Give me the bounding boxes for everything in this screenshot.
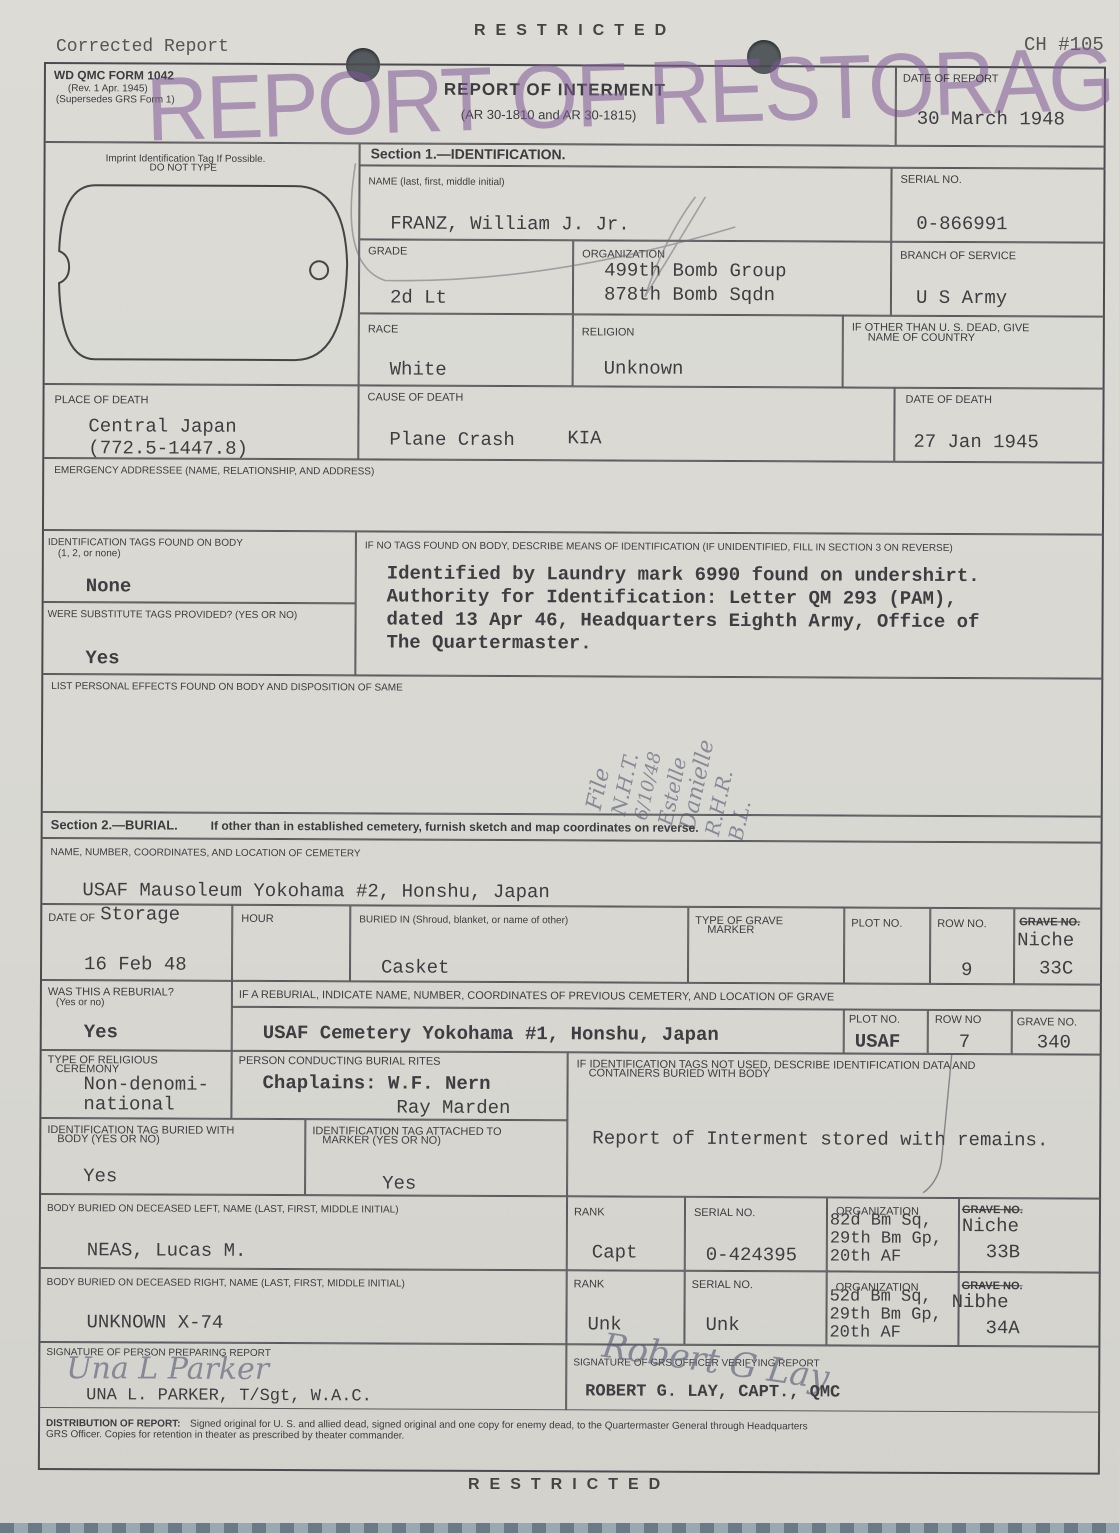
identification-means-line: The Quartermaster. bbox=[386, 631, 591, 654]
left-serial: 0-424395 bbox=[706, 1244, 797, 1266]
tag-buried-cell: IDENTIFICATION TAG BURIED WITH BODY (Yes… bbox=[41, 1118, 305, 1195]
storage-date: 16 Feb 48 bbox=[84, 953, 187, 975]
organization-cell: ORGANIZATION 499th Bomb Group 878th Bomb… bbox=[573, 240, 891, 315]
form-regulations: (AR 30-1810 and AR 30-1815) bbox=[461, 109, 637, 121]
left-body-name-cell: BODY BURIED ON DECEASED LEFT, NAME (Last… bbox=[41, 1194, 567, 1270]
substitute-tags-cell: WERE SUBSTITUTE TAGS PROVIDED? (Yes or n… bbox=[43, 602, 355, 675]
grade-label: GRADE bbox=[368, 246, 407, 257]
substitute-tags-label: WERE SUBSTITUTE TAGS PROVIDED? (Yes or n… bbox=[48, 609, 298, 621]
tag-marker-cell: IDENTIFICATION TAG ATTACHED TO MARKER (Y… bbox=[305, 1119, 567, 1196]
previous-grave-label: GRAVE NO. bbox=[1017, 1017, 1077, 1028]
form-title: REPORT OF INTERMENT bbox=[444, 84, 666, 96]
personal-effects-label: LIST PERSONAL EFFECTS FOUND ON BODY AND … bbox=[51, 681, 403, 694]
grave: 33C bbox=[1039, 957, 1073, 979]
storage-date-label-overtyped: Storage bbox=[100, 903, 180, 925]
place-of-death-label: PLACE OF DEATH bbox=[54, 395, 148, 406]
tags-found: None bbox=[86, 575, 132, 597]
date-of-report: 30 March 1948 bbox=[917, 108, 1065, 131]
storage-date-label: DATE OF bbox=[48, 913, 95, 924]
cause-of-death-label: CAUSE OF DEATH bbox=[368, 392, 464, 403]
right-grave-line2: 34A bbox=[985, 1317, 1019, 1339]
row-cell: ROW NO. 9 bbox=[930, 908, 1014, 984]
date-of-report-label: DATE OF REPORT bbox=[903, 74, 999, 85]
tag-imprint-cell: Imprint Identification Tag If Possible. … bbox=[45, 142, 360, 385]
scanner-edge bbox=[0, 1523, 1119, 1533]
form-revision: (Rev. 1 Apr. 1945) bbox=[68, 83, 148, 94]
case-number: CH #105 bbox=[1024, 34, 1104, 56]
interment-form: WD QMC FORM 1042 (Rev. 1 Apr. 1945) (Sup… bbox=[38, 62, 1106, 1475]
substitute-tags: Yes bbox=[85, 647, 119, 669]
plot-cell: PLOT NO. bbox=[844, 908, 930, 984]
tags-found-label-1: IDENTIFICATION TAGS FOUND ON BODY bbox=[48, 537, 243, 549]
emergency-addressee-cell: EMERGENCY ADDRESSEE (Name, relationship,… bbox=[44, 458, 1104, 535]
left-grave-line1: Niche bbox=[962, 1215, 1019, 1237]
place-of-death-cell: PLACE OF DEATH Central Japan (772.5-1447… bbox=[44, 384, 358, 459]
distribution-text-2: GRS Officer. Copies for retention in the… bbox=[46, 1429, 404, 1442]
race-label: RACE bbox=[368, 324, 399, 335]
section2-title: Section 2.—BURIAL. bbox=[51, 819, 178, 831]
storage-date-cell: DATE OF Storage 16 Feb 48 bbox=[42, 904, 232, 981]
previous-grave: 340 bbox=[1037, 1031, 1071, 1053]
cause-note-kia: KIA bbox=[567, 427, 601, 449]
identification-means-label: IF NO TAGS FOUND ON BODY, DESCRIBE MEANS… bbox=[365, 540, 953, 554]
previous-plot-cell: PLOT NO. USAF bbox=[844, 1009, 928, 1053]
plot-label: PLOT NO. bbox=[851, 919, 902, 930]
tags-found-cell: IDENTIFICATION TAGS FOUND ON BODY (1, 2,… bbox=[44, 530, 356, 603]
country-label-2: NAME OF COUNTRY bbox=[868, 333, 975, 344]
tag-imprint-sublabel: DO NOT TYPE bbox=[150, 162, 217, 173]
reburial-label-2: (Yes or no) bbox=[56, 997, 105, 1008]
religion-label: RELIGION bbox=[582, 327, 635, 338]
left-organization-cell: ORGANIZATION 82d Bm Sq, 29th Bm Gp, 20th… bbox=[827, 1197, 959, 1272]
reburial-cell: WAS THIS A REBURIAL? (Yes or no) Yes bbox=[42, 980, 232, 1051]
left-organization-line: 29th Bm Gp, bbox=[830, 1230, 942, 1248]
right-body-name-cell: BODY BURIED ON DECEASED RIGHT, NAME (Las… bbox=[40, 1268, 566, 1344]
tag-buried-label-2: BODY (Yes or no) bbox=[57, 1134, 160, 1145]
grade-cell: GRADE 2d Lt bbox=[359, 239, 573, 314]
reburial: Yes bbox=[84, 1021, 118, 1043]
left-serial-cell: SERIAL NO. 0-424395 bbox=[685, 1197, 827, 1272]
right-organization-line: 52d Bm Sq, bbox=[830, 1288, 932, 1306]
left-organization-line: 82d Bm Sq, bbox=[830, 1212, 932, 1230]
identification-means-cell: IF NO TAGS FOUND ON BODY, DESCRIBE MEANS… bbox=[355, 531, 1104, 678]
branch-of-service: U S Army bbox=[916, 287, 1007, 309]
left-rank-cell: RANK Capt bbox=[567, 1196, 685, 1271]
date-of-death-label: DATE OF DEATH bbox=[906, 395, 992, 406]
left-grave-cell: GRAVE NO. Niche 33B bbox=[959, 1198, 1101, 1273]
cemetery-label: NAME, NUMBER, COORDINATES, AND LOCATION … bbox=[51, 847, 361, 859]
ceremony-cell: TYPE OF RELIGIOUS CEREMONY Non-denomi- n… bbox=[41, 1050, 231, 1119]
identification-means-line: Authority for Identification: Letter QM … bbox=[387, 586, 957, 610]
cause-of-death: Plane Crash bbox=[389, 429, 515, 452]
country-cell: IF OTHER THAN U. S. DEAD, GIVE NAME OF C… bbox=[843, 315, 1105, 388]
form-id: WD QMC FORM 1042 bbox=[54, 70, 174, 82]
organization-line1: 499th Bomb Group bbox=[604, 259, 787, 282]
form-supersedes: (Supersedes GRS Form 1) bbox=[56, 94, 175, 106]
emergency-addressee-label: EMERGENCY ADDRESSEE (Name, relationship,… bbox=[54, 465, 374, 477]
previous-row-cell: ROW NO 7 bbox=[928, 1010, 1012, 1054]
identification-means-line: dated 13 Apr 46, Headquarters Eighth Arm… bbox=[387, 609, 980, 634]
left-grave-line2: 33B bbox=[986, 1241, 1020, 1263]
right-organization-line: 29th Bm Gp, bbox=[829, 1306, 941, 1324]
corrected-note: Corrected Report bbox=[56, 37, 229, 57]
form-header: WD QMC FORM 1042 (Rev. 1 Apr. 1945) (Sup… bbox=[46, 64, 896, 146]
grave-marker-label-2: MARKER bbox=[707, 925, 754, 936]
grave-label-struck: GRAVE NO. bbox=[1019, 917, 1080, 928]
previous-plot: USAF bbox=[855, 1031, 901, 1053]
previous-cemetery-cell: USAF Cemetery Yokohama #1, Honshu, Japan bbox=[232, 1007, 844, 1054]
section1-title: Section 1.—IDENTIFICATION. bbox=[371, 148, 566, 160]
ceremony-line2: national bbox=[83, 1093, 174, 1115]
deceased-name: FRANZ, William J. Jr. bbox=[390, 213, 630, 236]
classification-header: RESTRICTED bbox=[474, 22, 676, 40]
previous-row: 7 bbox=[959, 1031, 971, 1053]
left-serial-label: SERIAL NO. bbox=[694, 1208, 755, 1219]
grave-cell: GRAVE NO. Niche 33C bbox=[1014, 908, 1102, 984]
right-organization-line: 20th AF bbox=[829, 1324, 900, 1342]
race: White bbox=[390, 359, 447, 381]
burial-rites-cell: PERSON CONDUCTING BURIAL RITES Chaplains… bbox=[231, 1051, 567, 1120]
previous-row-label: ROW NO bbox=[935, 1015, 982, 1026]
right-rank-label: RANK bbox=[574, 1279, 605, 1290]
place-of-death-line1: Central Japan bbox=[88, 415, 236, 438]
branch-cell: BRANCH OF SERVICE U S Army bbox=[891, 242, 1105, 317]
row: 9 bbox=[961, 959, 973, 981]
religion-cell: RELIGION Unknown bbox=[573, 314, 843, 387]
identification-data-cell: IF IDENTIFICATION TAGS NOT USED, DESCRIB… bbox=[567, 1052, 1102, 1198]
serial-label: SERIAL NO. bbox=[900, 175, 961, 186]
name-label: NAME (last, first, middle initial) bbox=[368, 176, 504, 188]
cemetery-cell: NAME, NUMBER, COORDINATES, AND LOCATION … bbox=[42, 838, 1102, 909]
name-cell: NAME (last, first, middle initial) FRANZ… bbox=[359, 165, 891, 241]
grade: 2d Lt bbox=[390, 287, 447, 309]
personal-effects-cell: LIST PERSONAL EFFECTS FOUND ON BODY AND … bbox=[43, 674, 1104, 817]
dog-tag-outline-icon bbox=[55, 183, 356, 364]
officer-name: ROBERT G. LAY, CAPT., QMC bbox=[585, 1381, 840, 1404]
left-body-name: NEAS, Lucas M. bbox=[87, 1239, 247, 1262]
identification-means-line: Identified by Laundry mark 6990 found on… bbox=[387, 563, 980, 588]
row-label: ROW NO. bbox=[937, 919, 987, 930]
previous-plot-label: PLOT NO. bbox=[849, 1015, 900, 1026]
document-page: RESTRICTED Corrected Report CH #105 WD Q… bbox=[0, 0, 1119, 1533]
preparer-name: UNA L. PARKER, T/Sgt, W.A.C. bbox=[86, 1385, 372, 1408]
date-of-death: 27 Jan 1945 bbox=[913, 431, 1039, 454]
tag-marker: Yes bbox=[382, 1172, 416, 1194]
preparer-signature: Una L Parker bbox=[66, 1351, 269, 1387]
serial-number: 0-866991 bbox=[916, 213, 1007, 235]
right-body-name: UNKNOWN X-74 bbox=[86, 1311, 223, 1334]
left-body-label: BODY BURIED ON DECEASED LEFT, NAME (Last… bbox=[47, 1203, 399, 1216]
section1-header: Section 1.—IDENTIFICATION. bbox=[360, 143, 1106, 168]
tag-buried: Yes bbox=[83, 1165, 117, 1187]
previous-cemetery-label-cell: IF A REBURIAL, INDICATE NAME, NUMBER, CO… bbox=[232, 981, 1102, 1011]
previous-cemetery: USAF Cemetery Yokohama #1, Honshu, Japan bbox=[263, 1022, 719, 1046]
previous-grave-cell: GRAVE NO. 340 bbox=[1012, 1010, 1102, 1054]
tag-marker-label-2: MARKER (Yes or no) bbox=[322, 1135, 441, 1147]
right-grave-cell: GRAVE NO. Nibhe 34A bbox=[958, 1272, 1100, 1347]
grave-label-typed: Niche bbox=[1017, 929, 1074, 951]
right-grave-line1: Nibhe bbox=[952, 1291, 1009, 1313]
burial-rites-line1: Chaplains: W.F. Nern bbox=[262, 1072, 490, 1095]
hour-cell: HOUR bbox=[232, 905, 350, 982]
tags-found-label-2: (1, 2, or none) bbox=[58, 548, 121, 559]
cemetery: USAF Mausoleum Yokohama #2, Honshu, Japa… bbox=[82, 879, 550, 903]
previous-cemetery-label: IF A REBURIAL, INDICATE NAME, NUMBER, CO… bbox=[239, 990, 834, 1004]
grave-marker-cell: TYPE OF GRAVE MARKER bbox=[688, 907, 844, 984]
organization-line2: 878th Bomb Sqdn bbox=[604, 283, 775, 306]
identification-data: Report of Interment stored with remains. bbox=[592, 1127, 1048, 1151]
left-rank: Capt bbox=[592, 1241, 638, 1263]
right-organization-cell: ORGANIZATION 52d Bm Sq, 29th Bm Gp, 20th… bbox=[826, 1271, 958, 1346]
right-body-label: BODY BURIED ON DECEASED RIGHT, NAME (Las… bbox=[47, 1277, 405, 1290]
left-rank-label: RANK bbox=[574, 1207, 605, 1218]
buried-in-label: BURIED IN (Shroud, blanket, or name of o… bbox=[359, 914, 568, 926]
distribution-label: DISTRIBUTION OF REPORT: bbox=[46, 1418, 180, 1430]
right-serial: Unk bbox=[705, 1314, 739, 1336]
section2-instruction: If other than in established cemetery, f… bbox=[211, 821, 699, 834]
serial-cell: SERIAL NO. 0-866991 bbox=[891, 168, 1105, 243]
buried-in: Casket bbox=[381, 956, 450, 978]
burial-rites-line2: Ray Marden bbox=[396, 1097, 510, 1119]
religion: Unknown bbox=[604, 357, 684, 379]
right-serial-label: SERIAL NO. bbox=[692, 1280, 753, 1291]
distribution-cell: DISTRIBUTION OF REPORT: Signed original … bbox=[40, 1408, 1100, 1475]
right-serial-cell: SERIAL NO. Unk bbox=[684, 1271, 826, 1346]
cause-of-death-cell: CAUSE OF DEATH Plane Crash KIA bbox=[358, 385, 894, 461]
place-of-death-line2: (772.5-1447.8) bbox=[88, 437, 248, 460]
burial-rites-label: PERSON CONDUCTING BURIAL RITES bbox=[239, 1056, 441, 1068]
left-organization-line: 20th AF bbox=[830, 1248, 901, 1266]
classification-footer: RESTRICTED bbox=[468, 1476, 670, 1494]
identification-data-label-2: CONTAINERS BURIED WITH BODY bbox=[589, 1068, 770, 1080]
preparer-signature-cell: SIGNATURE OF PERSON PREPARING REPORT Una… bbox=[40, 1342, 566, 1410]
hour-label: HOUR bbox=[241, 914, 273, 925]
officer-signature-cell: SIGNATURE OF GRS OFFICER VERIFYING REPOR… bbox=[566, 1344, 1100, 1412]
date-of-report-cell: DATE OF REPORT 30 March 1948 bbox=[896, 68, 1106, 147]
race-cell: RACE White bbox=[359, 313, 573, 386]
buried-in-cell: BURIED IN (Shroud, blanket, or name of o… bbox=[350, 905, 688, 982]
branch-label: BRANCH OF SERVICE bbox=[900, 251, 1016, 263]
date-of-death-cell: DATE OF DEATH 27 Jan 1945 bbox=[894, 388, 1104, 463]
